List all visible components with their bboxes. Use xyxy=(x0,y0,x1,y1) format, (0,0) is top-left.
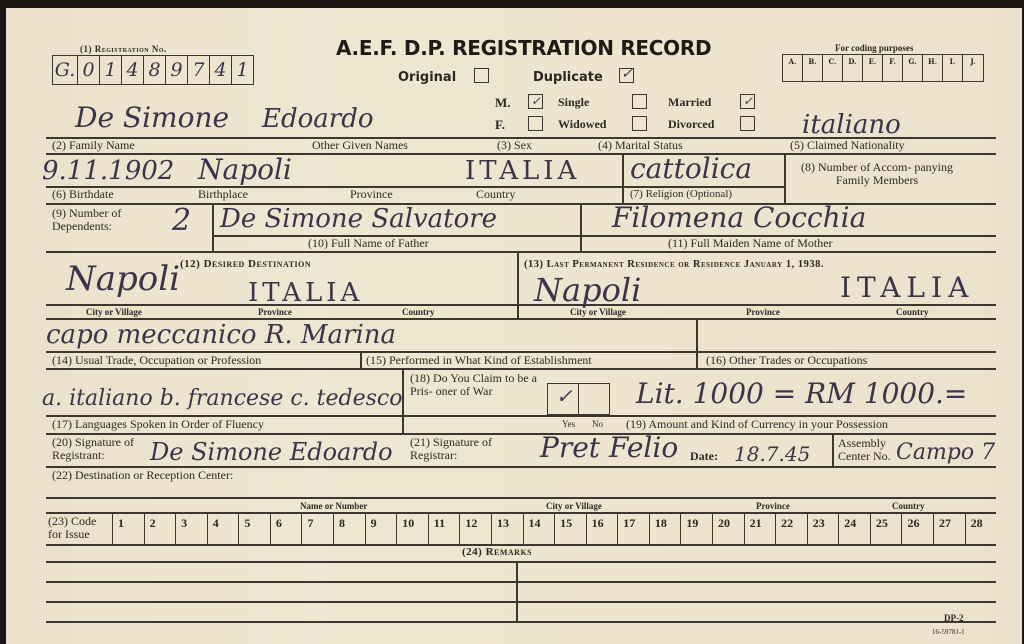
divider xyxy=(46,153,996,155)
residence-label: (13) Last Permanent Residence or Residen… xyxy=(524,258,824,271)
widowed-checkbox[interactable] xyxy=(632,116,647,131)
religion-label: (7) Religion (Optional) xyxy=(630,188,732,201)
code-cell[interactable]: 10 xyxy=(396,514,428,544)
birth-country-value: ITALIA xyxy=(465,158,580,184)
divider xyxy=(622,153,624,203)
code-cell[interactable]: 7 xyxy=(301,514,333,544)
remarks-line xyxy=(46,581,996,583)
coding-cell: I. xyxy=(943,55,963,81)
dependents-value: 2 xyxy=(172,206,191,236)
code-cell[interactable]: 4 xyxy=(207,514,239,544)
remarks-line xyxy=(46,601,996,603)
divider xyxy=(46,251,996,253)
widowed-label: Widowed xyxy=(558,118,606,131)
father-label: (10) Full Name of Father xyxy=(308,237,429,250)
married-label: Married xyxy=(668,96,711,109)
birthdate-value: 9.11.1902 xyxy=(42,158,174,184)
coding-cell: F. xyxy=(883,55,903,81)
mother-value: Filomena Cocchia xyxy=(612,204,866,232)
date-value: 18.7.45 xyxy=(734,444,810,464)
reg-digit: G. xyxy=(53,56,78,84)
divider xyxy=(46,368,996,370)
registrant-signature-value: De Simone Edoardo xyxy=(150,440,393,464)
nationality-value: italiano xyxy=(802,112,901,138)
code-cell[interactable]: 11 xyxy=(428,514,460,544)
check-mark-icon: ✓ xyxy=(531,95,541,107)
dependents-label: (9) Number of Dependents: xyxy=(52,207,162,233)
form-title: A.E.F. D.P. REGISTRATION RECORD xyxy=(336,36,711,60)
birthdate-label: (6) Birthdate xyxy=(52,188,114,201)
divider xyxy=(46,304,996,306)
original-checkbox[interactable] xyxy=(474,68,489,83)
code-cell[interactable]: 25 xyxy=(870,514,902,544)
reg-digit: 4 xyxy=(122,56,144,84)
birthplace-value: Napoli xyxy=(198,156,292,184)
code-cell[interactable]: 28 xyxy=(965,514,997,544)
code-issue-label: (23) Code for Issue xyxy=(46,514,112,544)
pow-yes-label: Yes xyxy=(562,418,575,431)
trade-value: capo meccanico R. Marina xyxy=(46,322,396,348)
assembly-center-value: Campo 7 xyxy=(896,442,995,464)
duplicate-label: Duplicate xyxy=(533,70,603,85)
code-cell[interactable]: 9 xyxy=(365,514,397,544)
code-cell[interactable]: 6 xyxy=(270,514,302,544)
dest-province-value: ITALIA xyxy=(248,280,363,306)
code-for-issue-grid: (23) Code for Issue 1 2 3 4 5 6 7 8 9 10… xyxy=(46,512,996,546)
code-cell[interactable]: 3 xyxy=(175,514,207,544)
pow-label: (18) Do You Claim to be a Pris- oner of … xyxy=(410,372,545,398)
date-label: Date: xyxy=(690,450,718,463)
divorced-label: Divorced xyxy=(668,118,714,131)
divider xyxy=(784,153,786,203)
reception-center-label: (22) Destination or Reception Center: xyxy=(52,469,252,482)
currency-value: Lit. 1000 = RM 1000.= xyxy=(636,380,967,408)
code-cell[interactable]: 12 xyxy=(459,514,491,544)
marital-status-label: (4) Marital Status xyxy=(598,139,683,152)
other-trades-label: (16) Other Trades or Occupations xyxy=(706,354,867,367)
remarks-line xyxy=(46,621,996,623)
province-label: Province xyxy=(350,188,393,201)
remarks-line xyxy=(46,561,996,563)
registration-no-boxes: G. 0 1 4 8 9 7 4 1 xyxy=(52,55,254,85)
married-checkbox[interactable]: ✓ xyxy=(740,94,755,109)
country-label: Country xyxy=(476,188,515,201)
res-city-value: Napoli xyxy=(534,274,641,306)
divider xyxy=(832,433,834,467)
reg-digit: 4 xyxy=(210,56,232,84)
remarks-label: (24) Remarks xyxy=(462,546,532,559)
coding-boxes: A. B. C. D. E. F. G. H. I. J. xyxy=(782,54,984,82)
given-names-value: Edoardo xyxy=(262,106,374,132)
code-cell[interactable]: 17 xyxy=(617,514,649,544)
reg-digit: 0 xyxy=(78,56,100,84)
original-label: Original xyxy=(398,70,456,85)
code-cell[interactable]: 19 xyxy=(680,514,712,544)
establishment-label: (15) Performed in What Kind of Establish… xyxy=(366,354,592,367)
registrar-signature-label: (21) Signature of Registrar: xyxy=(410,436,520,462)
code-cell[interactable]: 22 xyxy=(775,514,807,544)
pow-no-box[interactable] xyxy=(578,383,610,415)
sex-m-checkbox[interactable]: ✓ xyxy=(528,94,543,109)
languages-label: (17) Languages Spoken in Order of Fluenc… xyxy=(52,418,264,431)
languages-value: a. italiano b. francese c. tedesco xyxy=(42,388,402,410)
desired-destination-label: (12) Desired Destination xyxy=(180,258,311,271)
code-cell[interactable]: 16 xyxy=(586,514,618,544)
coding-cell: E. xyxy=(863,55,883,81)
code-cell[interactable]: 18 xyxy=(649,514,681,544)
currency-label: (19) Amount and Kind of Currency in your… xyxy=(626,418,888,431)
divider xyxy=(360,351,362,368)
pow-no-label: No xyxy=(592,418,603,431)
divider xyxy=(402,368,404,433)
coding-cell: J. xyxy=(963,55,983,81)
sex-label: (3) Sex xyxy=(497,139,532,152)
mother-label: (11) Full Maiden Name of Mother xyxy=(668,237,833,250)
check-mark-icon: ✓ xyxy=(556,386,573,406)
reg-digit: 7 xyxy=(188,56,210,84)
code-cell[interactable]: 23 xyxy=(807,514,839,544)
reg-digit: 9 xyxy=(166,56,188,84)
given-names-label: Other Given Names xyxy=(312,139,408,152)
coding-cell: G. xyxy=(903,55,923,81)
family-name-value: De Simone xyxy=(75,104,229,132)
divider xyxy=(212,203,214,251)
divider xyxy=(517,251,519,319)
coding-cell: C. xyxy=(823,55,843,81)
code-cell[interactable]: 1 xyxy=(112,514,144,544)
code-cell[interactable]: 15 xyxy=(554,514,586,544)
code-cell[interactable]: 8 xyxy=(333,514,365,544)
pow-yes-box[interactable]: ✓ xyxy=(547,383,579,415)
single-checkbox[interactable] xyxy=(632,94,647,109)
accompanying-label: (8) Number of Accom- panying Family Memb… xyxy=(792,161,962,187)
print-code: 16-59781-1 xyxy=(932,626,965,639)
family-name-label: (2) Family Name xyxy=(52,139,135,152)
check-mark-icon: ✓ xyxy=(743,95,753,107)
dest-city-value: Napoli xyxy=(66,262,180,296)
code-cell[interactable]: 24 xyxy=(838,514,870,544)
divider xyxy=(580,203,582,251)
sex-f-label: F. xyxy=(495,117,505,133)
registrar-signature-value: Pret Felio xyxy=(540,434,678,462)
sex-m-label: M. xyxy=(495,95,511,111)
coding-cell: D. xyxy=(843,55,863,81)
duplicate-checkbox[interactable]: ✓ xyxy=(619,68,634,83)
nationality-label: (5) Claimed Nationality xyxy=(790,139,905,152)
code-cell[interactable]: 2 xyxy=(144,514,176,544)
birthplace-label: Birthplace xyxy=(198,188,248,201)
trade-label: (14) Usual Trade, Occupation or Professi… xyxy=(52,354,261,367)
check-mark-icon: ✓ xyxy=(621,67,633,81)
coding-cell: H. xyxy=(923,55,943,81)
single-label: Single xyxy=(558,96,589,109)
code-cell[interactable]: 13 xyxy=(491,514,523,544)
code-cell[interactable]: 5 xyxy=(238,514,270,544)
registrant-signature-label: (20) Signature of Registrant: xyxy=(52,436,162,462)
divider xyxy=(516,561,518,621)
code-cell[interactable]: 14 xyxy=(523,514,555,544)
code-cell[interactable]: 27 xyxy=(933,514,965,544)
divider xyxy=(46,497,996,499)
divider xyxy=(696,318,698,368)
father-value: De Simone Salvatore xyxy=(220,206,497,232)
coding-cell: A. xyxy=(783,55,803,81)
code-cell[interactable]: 21 xyxy=(744,514,776,544)
res-country-value: ITALIA xyxy=(840,274,974,302)
reg-digit: 1 xyxy=(100,56,122,84)
reg-digit: 1 xyxy=(232,56,253,84)
religion-value: cattolica xyxy=(630,155,752,183)
divider xyxy=(46,433,996,435)
coding-cell: B. xyxy=(803,55,823,81)
sex-f-checkbox[interactable] xyxy=(528,116,543,131)
divorced-checkbox[interactable] xyxy=(740,116,755,131)
code-cell[interactable]: 20 xyxy=(712,514,744,544)
form-number: DP-2 xyxy=(944,612,964,625)
reg-digit: 8 xyxy=(144,56,166,84)
code-cell[interactable]: 26 xyxy=(901,514,933,544)
